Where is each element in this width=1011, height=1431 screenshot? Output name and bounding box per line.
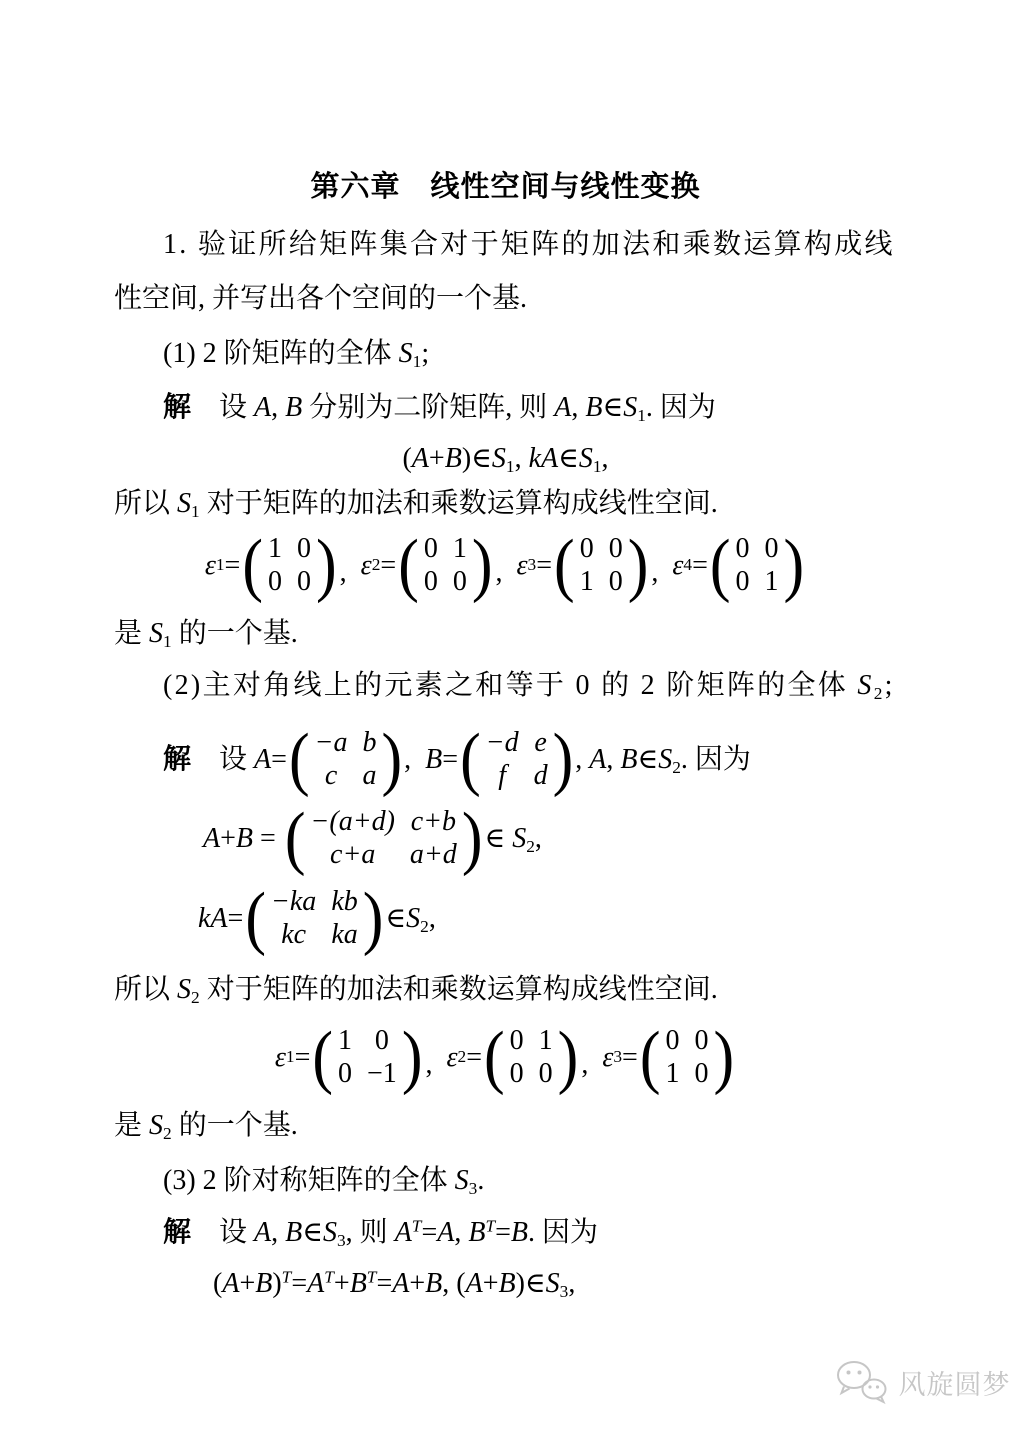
basis2-epsilon1-label: ε1= [275, 1040, 311, 1075]
sum-lhs: A+B = [203, 821, 283, 856]
part1-formula-row: (A+B)∈S1, kA∈S1, [0, 441, 1011, 476]
separator: , [580, 1047, 602, 1090]
basis-epsilon1: ε1= (1000) , [205, 532, 361, 598]
right-paren: ) [402, 1022, 423, 1093]
part2-conclusion: 所以 S2 对于矩阵的加法和乘数运算构成线性空间. [114, 972, 718, 1007]
part2-item: (2)主对角线上的元素之和等于 0 的 2 阶矩阵的全体 S2; [163, 668, 895, 703]
chapter-title-row: 第六章 线性空间与线性变换 [0, 169, 1011, 205]
basis2-epsilon2: ε2= (0100) , [446, 1024, 602, 1090]
part2-sum-formula: A+B = (−(a+d)c+bc+aa+d) ∈ S2, [203, 799, 542, 877]
part2-sol-post: , A, B∈S2. 因为 [575, 742, 751, 777]
part2-scalar-formula: kA= (−kakbkcka) ∈S2, [198, 879, 436, 957]
right-paren: ) [472, 530, 493, 601]
basis-epsilon1-label: ε1= [205, 548, 241, 583]
scalar-lhs: kA= [198, 901, 243, 936]
right-paren: ) [553, 724, 574, 795]
basis2-epsilon3: ε3= (0010) [602, 1024, 736, 1090]
left-paren: ( [460, 724, 481, 795]
separator: , [650, 555, 672, 598]
left-paren: ( [245, 883, 266, 954]
matrix2-epsilon3: (0010) [640, 1024, 734, 1090]
left-paren: ( [312, 1022, 333, 1093]
part3-formula: (A+B)T=AT+BT=A+B, (A+B)∈S3, [213, 1266, 575, 1301]
right-paren: ) [382, 724, 403, 795]
right-paren: ) [714, 1022, 735, 1093]
matrix-epsilon2: (0100) [398, 532, 492, 598]
basis-epsilon2: ε2= (0100) , [361, 532, 517, 598]
basis2-epsilon3-label: ε3= [602, 1040, 638, 1075]
right-paren: ) [628, 530, 649, 601]
part2-sol-pre: 解 设 A= [163, 742, 287, 777]
problem1-line1: 1. 验证所给矩阵集合对于矩阵的加法和乘数运算构成线 [163, 227, 895, 262]
left-paren: ( [285, 803, 306, 874]
part1-basis-note: 是 S1 的一个基. [114, 616, 298, 651]
part2-basis-note: 是 S2 的一个基. [114, 1108, 298, 1143]
part1-basis-row: ε1= (1000) , ε2= (0100) , ε3= (0010) , ε… [0, 526, 1011, 604]
left-paren: ( [242, 530, 263, 601]
right-paren: ) [462, 803, 483, 874]
right-paren: ) [784, 530, 805, 601]
matrix2-epsilon2: (0100) [484, 1024, 578, 1090]
part1-conclusion: 所以 S1 对于矩阵的加法和乘数运算构成线性空间. [114, 486, 718, 521]
separator: , [339, 555, 361, 598]
separator: , [495, 555, 517, 598]
document-page: 第六章 线性空间与线性变换 1. 验证所给矩阵集合对于矩阵的加法和乘数运算构成线… [0, 0, 1011, 1431]
part1-solution-intro: 解 设 A, B 分别为二阶矩阵, 则 A, B∈S1. 因为 [163, 390, 716, 425]
basis-epsilon3: ε3= (0010) , [517, 532, 673, 598]
scalar-rhs: ∈S2, [385, 901, 435, 936]
part3-item: (3) 2 阶对称矩阵的全体 S3. [163, 1163, 484, 1198]
left-paren: ( [554, 530, 575, 601]
part2-basis-row: ε1= (100−1) , ε2= (0100) , ε3= (0010) [0, 1018, 1011, 1096]
matrix-epsilon1: (1000) [242, 532, 336, 598]
part2-sol-mid: , B= [404, 742, 458, 777]
right-paren: ) [558, 1022, 579, 1093]
watermark: 风旋圆梦学会 [786, 1358, 1011, 1406]
left-paren: ( [398, 530, 419, 601]
right-paren: ) [363, 883, 384, 954]
matrix-kA: (−kakbkcka) [245, 885, 383, 951]
wechat-icon [786, 1358, 891, 1406]
part1-formula: (A+B)∈S1, kA∈S1, [402, 441, 608, 476]
sum-rhs: ∈ S2, [484, 821, 541, 856]
basis2-epsilon2-label: ε2= [446, 1040, 482, 1075]
basis-epsilon2-label: ε2= [361, 548, 397, 583]
matrix-epsilon3: (0010) [554, 532, 648, 598]
part3-solution-intro: 解 设 A, B∈S3, 则 AT=A, BT=B. 因为 [163, 1215, 598, 1250]
basis-epsilon4-label: ε4= [672, 548, 708, 583]
watermark-text: 风旋圆梦学会 [899, 1363, 1011, 1402]
matrix2-epsilon1: (100−1) [312, 1024, 422, 1090]
left-paren: ( [640, 1022, 661, 1093]
matrix-B: (−defd) [460, 726, 573, 792]
part1-item: (1) 2 阶矩阵的全体 S1; [163, 336, 429, 371]
basis-epsilon3-label: ε3= [517, 548, 553, 583]
part2-solution-intro: 解 设 A= (−abca) , B= (−defd) , A, B∈S2. 因… [163, 720, 751, 798]
basis2-epsilon1: ε1= (100−1) , [275, 1024, 447, 1090]
right-paren: ) [316, 530, 337, 601]
basis-epsilon4: ε4= (0001) [672, 532, 806, 598]
left-paren: ( [484, 1022, 505, 1093]
left-paren: ( [289, 724, 310, 795]
matrix-A: (−abca) [289, 726, 402, 792]
problem1-line2: 性空间, 并写出各个空间的一个基. [114, 281, 527, 316]
separator: , [424, 1047, 446, 1090]
matrix-A-plus-B: (−(a+d)c+bc+aa+d) [285, 805, 483, 871]
matrix-epsilon4: (0001) [710, 532, 804, 598]
chapter-title: 第六章 线性空间与线性变换 [310, 169, 700, 205]
left-paren: ( [710, 530, 731, 601]
